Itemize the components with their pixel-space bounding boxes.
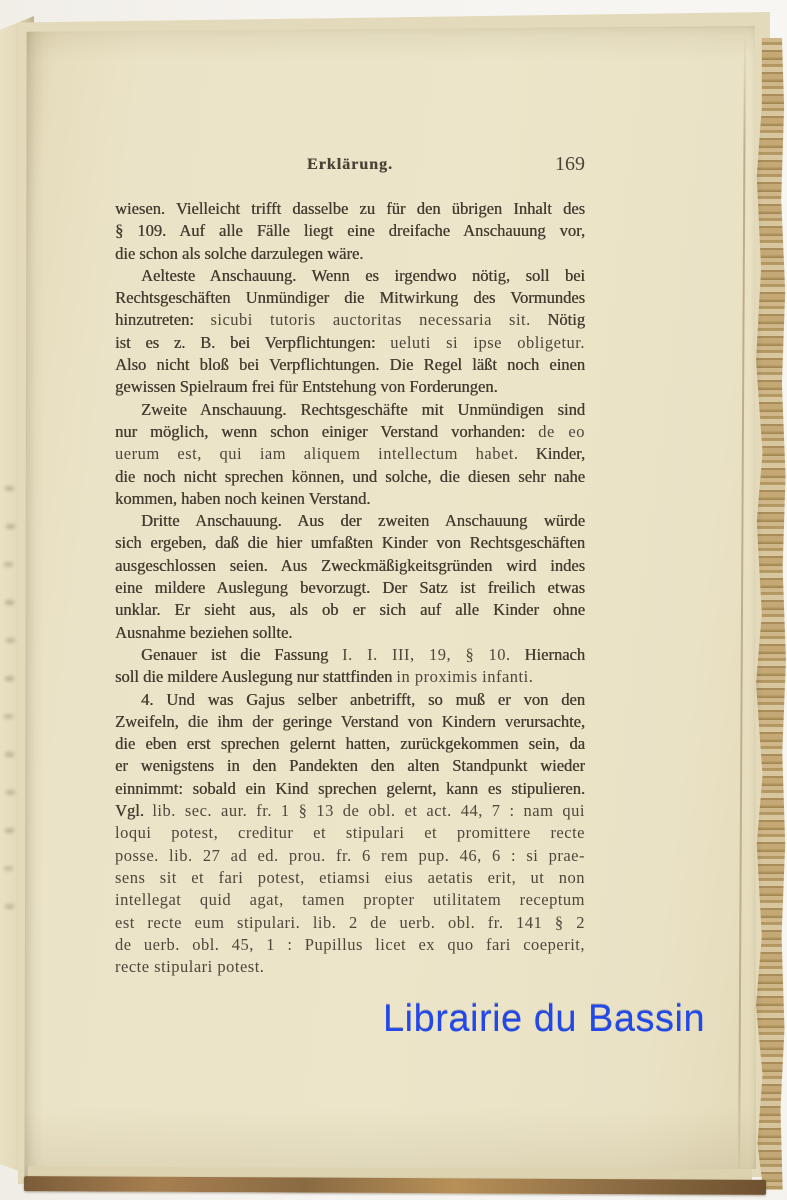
german-text-segment: Zweifeln, die ihm der geringe Verstand v…	[115, 712, 585, 731]
text-line: Dritte Anschauung. Aus der zweiten Ansch…	[115, 510, 585, 532]
text-line: uerum est, qui iam aliquem intellectum h…	[115, 443, 585, 465]
text-line: wiesen. Vielleicht trifft dasselbe zu fü…	[115, 198, 585, 220]
german-text-segment: einnimmt: sobald ein Kind sprechen geler…	[115, 779, 585, 798]
text-line: die eben erst sprechen gelernt hatten, z…	[115, 733, 585, 755]
text-line: Rechtsgeschäften Unmündiger die Mitwirku…	[115, 287, 585, 309]
text-line: die noch nicht sprechen können, und solc…	[115, 466, 585, 488]
latin-text-segment: est recte eum stipulari. lib. 2 de uerb.…	[115, 913, 585, 932]
german-text-segment: hinzutreten:	[115, 310, 210, 329]
german-text-segment: sich ergeben, daß die hier umfaßten Kind…	[115, 533, 585, 552]
text-line: 4. Und was Gajus selber anbetrifft, so m…	[115, 689, 585, 711]
text-line: de uerb. obl. 45, 1 : Pupillus licet ex …	[115, 934, 585, 956]
german-text-segment: ausgeschlossen seien. Aus Zweckmäßigkeit…	[115, 556, 585, 575]
text-line: intellegat quid agat, tamen propter util…	[115, 889, 585, 911]
text-line: posse. lib. 27 ad ed. prou. fr. 6 rem pu…	[115, 845, 585, 867]
text-block: wiesen. Vielleicht trifft dasselbe zu fü…	[115, 198, 585, 978]
text-line: nur möglich, wenn schon einiger Verstand…	[115, 421, 585, 443]
german-text-segment: Also nicht bloß bei Verpflichtungen. Die…	[115, 355, 585, 374]
latin-text-segment: lib. sec. aur. fr. 1 § 13 de obl. et act…	[152, 801, 585, 820]
german-text-segment: Nötig	[531, 310, 585, 329]
german-text-segment: unklar. Er sieht aus, als ob er sich auf…	[115, 600, 585, 619]
german-text-segment: Dritte Anschauung. Aus der zweiten Ansch…	[141, 511, 585, 530]
german-text-segment: 4. Und was Gajus selber anbetrifft, so m…	[141, 690, 585, 709]
latin-text-segment: posse. lib. 27 ad ed. prou. fr. 6 rem pu…	[115, 846, 585, 865]
text-line: soll die mildere Auslegung nur stattfind…	[115, 666, 585, 688]
german-text-segment: Ausnahme beziehen sollte.	[115, 623, 292, 642]
text-line: hinzutreten: sicubi tutoris auctoritas n…	[115, 309, 585, 331]
german-text-segment: nur möglich, wenn schon einiger Verstand…	[115, 422, 538, 441]
text-line: Zweifeln, die ihm der geringe Verstand v…	[115, 711, 585, 733]
german-text-segment: die schon als solche darzulegen wäre.	[115, 244, 363, 263]
text-line: Also nicht bloß bei Verpflichtungen. Die…	[115, 354, 585, 376]
text-line: gewissen Spielraum frei für Entstehung v…	[115, 376, 585, 398]
text-line: loqui potest, creditur et stipulari et p…	[115, 822, 585, 844]
latin-text-segment: de uerb. obl. 45, 1 : Pupillus licet ex …	[115, 935, 585, 954]
german-text-segment: die noch nicht sprechen können, und solc…	[115, 467, 585, 486]
text-line: unklar. Er sieht aus, als ob er sich auf…	[115, 599, 585, 621]
text-line: § 109. Auf alle Fälle liegt eine dreifac…	[115, 220, 585, 242]
latin-text-segment: de eo	[538, 422, 585, 441]
german-text-segment: § 109. Auf alle Fälle liegt eine dreifac…	[115, 221, 585, 240]
text-line: einnimmt: sobald ein Kind sprechen geler…	[115, 778, 585, 800]
german-text-segment: Zweite Anschauung. Rechtsgeschäfte mit U…	[141, 400, 585, 419]
german-text-segment: Genauer ist die Fassung	[141, 645, 342, 664]
latin-text-segment: intellegat quid agat, tamen propter util…	[115, 890, 585, 909]
german-text-segment: wiesen. Vielleicht trifft dasselbe zu fü…	[115, 199, 585, 218]
text-line: est recte eum stipulari. lib. 2 de uerb.…	[115, 912, 585, 934]
text-line: eine mildere Auslegung bevorzugt. Der Sa…	[115, 577, 585, 599]
german-text-segment: Rechtsgeschäften Unmündiger die Mitwirku…	[115, 288, 585, 307]
page-number: 169	[115, 153, 585, 176]
latin-text-segment: sicubi tutoris auctoritas necessaria sit…	[210, 310, 530, 329]
text-line: recte stipulari potest.	[115, 956, 585, 978]
german-text-segment: Kinder,	[518, 444, 585, 463]
german-text-segment: er wenigstens in den Pandekten den alten…	[115, 756, 585, 775]
latin-text-segment: I. I. III, 19, § 10.	[342, 645, 511, 664]
latin-text-segment: in proximis infanti.	[396, 667, 533, 686]
show-through-text-marks	[5, 486, 14, 491]
german-text-segment: kommen, haben noch keinen Verstand.	[115, 489, 370, 508]
bookseller-watermark: Librairie du Bassin	[383, 998, 705, 1041]
german-text-segment: Hiernach	[511, 645, 585, 664]
book-bottom-edge	[24, 1176, 766, 1195]
german-text-segment: soll die mildere Auslegung nur stattfind…	[115, 667, 396, 686]
latin-text-segment: sens sit et fari potest, etiamsi eius ae…	[115, 868, 585, 887]
german-text-segment: eine mildere Auslegung bevorzugt. Der Sa…	[115, 578, 585, 597]
text-line: er wenigstens in den Pandekten den alten…	[115, 755, 585, 777]
text-line: ist es z. B. bei Verpflichtungen: ueluti…	[115, 332, 585, 354]
text-line: ausgeschlossen seien. Aus Zweckmäßigkeit…	[115, 555, 585, 577]
latin-text-segment: uerum est, qui iam aliquem intellectum h…	[115, 444, 518, 463]
german-text-segment: Aelteste Anschauung. Wenn es irgendwo nö…	[141, 266, 585, 285]
german-text-segment: die eben erst sprechen gelernt hatten, z…	[115, 734, 585, 753]
text-line: sens sit et fari potest, etiamsi eius ae…	[115, 867, 585, 889]
latin-text-segment: recte stipulari potest.	[115, 957, 264, 976]
latin-text-segment: ueluti si ipse obligetur.	[390, 333, 585, 352]
text-line: Vgl. lib. sec. aur. fr. 1 § 13 de obl. e…	[115, 800, 585, 822]
german-text-segment: ist es z. B. bei Verpflichtungen:	[115, 333, 390, 352]
german-text-segment: Vgl.	[115, 801, 152, 820]
book-photo: Erklärung. 169 wiesen. Vielleicht trifft…	[0, 0, 787, 1200]
text-line: die schon als solche darzulegen wäre.	[115, 243, 585, 265]
german-text-segment: gewissen Spielraum frei für Entstehung v…	[115, 377, 498, 396]
text-line: Ausnahme beziehen sollte.	[115, 622, 585, 644]
latin-text-segment: loqui potest, creditur et stipulari et p…	[115, 823, 585, 842]
text-line: sich ergeben, daß die hier umfaßten Kind…	[115, 532, 585, 554]
text-line: kommen, haben noch keinen Verstand.	[115, 488, 585, 510]
text-line: Aelteste Anschauung. Wenn es irgendwo nö…	[115, 265, 585, 287]
text-line: Zweite Anschauung. Rechtsgeschäfte mit U…	[115, 399, 585, 421]
text-line: Genauer ist die Fassung I. I. III, 19, §…	[115, 644, 585, 666]
